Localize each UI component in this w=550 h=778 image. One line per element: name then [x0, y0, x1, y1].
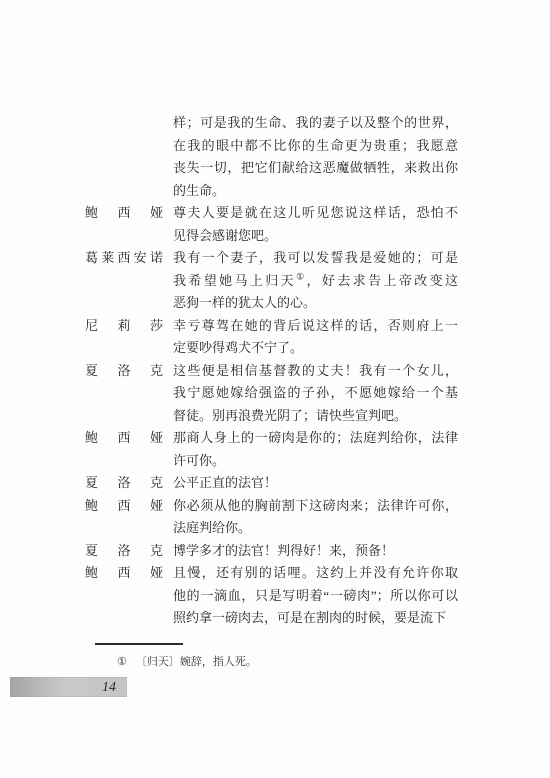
- speech-line: 的生命。: [173, 180, 458, 203]
- speaker-name: 夏洛克: [85, 360, 163, 383]
- speech-row: 鲍西娅尊夫人要是就在这儿听见您说这样话，恐怕不见得会感谢您吧。: [85, 202, 460, 247]
- speech-line: 这些便是相信基督教的丈夫！我有一个女儿，: [173, 360, 458, 383]
- speech-row: 鲍西娅那商人身上的一磅肉是你的；法庭判给你，法律许可你。: [85, 427, 460, 472]
- page-number: 14: [102, 680, 127, 695]
- speech-line: 法庭判给你。: [173, 517, 458, 540]
- speech-row: 葛莱西安诺我有一个妻子，我可以发誓我是爱她的；可是我希望她马上归天①，好去求告上…: [85, 247, 460, 315]
- footnote-text: 〔归天〕婉辞，指人死。: [136, 656, 257, 668]
- speech-lines: 那商人身上的一磅肉是你的；法庭判给你，法律许可你。: [173, 427, 458, 472]
- speech-lines: 且慢，还有别的话哩。这约上并没有允许你取他的一滴血，只是写明着“一磅肉”；所以你…: [173, 562, 458, 630]
- speech-row: 鲍西娅你必须从他的胸前割下这磅肉来；法律许可你，法庭判给你。: [85, 495, 460, 540]
- speech-lines: 样；可是我的生命、我的妻子以及整个的世界，在我的眼中都不比你的生命更为贵重；我愿…: [173, 112, 458, 202]
- speech-line: 尊夫人要是就在这儿听见您说这样话，恐怕不: [173, 202, 458, 225]
- speaker-name: 鲍西娅: [85, 495, 163, 518]
- speech-line: 在我的眼中都不比你的生命更为贵重；我愿意: [173, 135, 458, 158]
- speaker-name: 夏洛克: [85, 472, 163, 495]
- speech-line: 样；可是我的生命、我的妻子以及整个的世界，: [173, 112, 458, 135]
- footnote-marker: ①: [117, 656, 127, 668]
- speech-line: 那商人身上的一磅肉是你的；法庭判给你，法律: [173, 427, 458, 450]
- speech-line: 督徒。别再浪费光阴了；请快些宣判吧。: [173, 405, 458, 428]
- speaker-name: 夏洛克: [85, 540, 163, 563]
- speech-line: 照约拿一磅肉去，可是在割肉的时候，要是流下: [173, 607, 458, 630]
- speech-lines: 这些便是相信基督教的丈夫！我有一个女儿，我宁愿她嫁给强盗的子孙，不愿她嫁给一个基…: [173, 360, 458, 428]
- speech-row: 夏洛克公平正直的法官！: [85, 472, 460, 495]
- footnote: ①〔归天〕婉辞，指人死。: [117, 654, 257, 670]
- speech-line: 定要吵得鸡犬不宁了。: [173, 337, 458, 360]
- speaker-name: 鲍西娅: [85, 562, 163, 585]
- speech-lines: 尊夫人要是就在这儿听见您说这样话，恐怕不见得会感谢您吧。: [173, 202, 458, 247]
- speech-lines: 公平正直的法官！: [173, 472, 458, 495]
- page-number-bar: 14: [10, 677, 127, 697]
- speech-row: 尼莉莎幸亏尊驾在她的背后说这样的话，否则府上一定要吵得鸡犬不宁了。: [85, 315, 460, 360]
- dialogue-list: 样；可是我的生命、我的妻子以及整个的世界，在我的眼中都不比你的生命更为贵重；我愿…: [85, 112, 460, 630]
- speech-line: 公平正直的法官！: [173, 472, 458, 495]
- speech-line: 且慢，还有别的话哩。这约上并没有允许你取: [173, 562, 458, 585]
- speaker-name: 尼莉莎: [85, 315, 163, 338]
- speech-line: 见得会感谢您吧。: [173, 225, 458, 248]
- speech-line: 我希望她马上归天①，好去求告上帝改变这: [173, 270, 458, 293]
- speech-row: 鲍西娅且慢，还有别的话哩。这约上并没有允许你取他的一滴血，只是写明着“一磅肉”；…: [85, 562, 460, 630]
- speech-lines: 我有一个妻子，我可以发誓我是爱她的；可是我希望她马上归天①，好去求告上帝改变这恶…: [173, 247, 458, 315]
- speech-line: 恶狗一样的犹太人的心。: [173, 292, 458, 315]
- speech-line: 我宁愿她嫁给强盗的子孙，不愿她嫁给一个基: [173, 382, 458, 405]
- speech-line: 我有一个妻子，我可以发誓我是爱她的；可是: [173, 247, 458, 270]
- speech-line: 你必须从他的胸前割下这磅肉来；法律许可你，: [173, 495, 458, 518]
- speaker-name: 鲍西娅: [85, 202, 163, 225]
- speech-row: 夏洛克这些便是相信基督教的丈夫！我有一个女儿，我宁愿她嫁给强盗的子孙，不愿她嫁给…: [85, 360, 460, 428]
- speaker-name: 鲍西娅: [85, 427, 163, 450]
- speech-line: 许可你。: [173, 450, 458, 473]
- speaker-name: 葛莱西安诺: [85, 247, 163, 270]
- footnote-ref: ①: [296, 271, 306, 281]
- speech-lines: 幸亏尊驾在她的背后说这样的话，否则府上一定要吵得鸡犬不宁了。: [173, 315, 458, 360]
- speech-line: 幸亏尊驾在她的背后说这样的话，否则府上一: [173, 315, 458, 338]
- footnote-divider: [95, 643, 183, 645]
- speech-row: 样；可是我的生命、我的妻子以及整个的世界，在我的眼中都不比你的生命更为贵重；我愿…: [85, 112, 460, 202]
- speech-line: 博学多才的法官！判得好！来，预备！: [173, 540, 458, 563]
- speech-row: 夏洛克博学多才的法官！判得好！来，预备！: [85, 540, 460, 563]
- speech-lines: 博学多才的法官！判得好！来，预备！: [173, 540, 458, 563]
- book-page: 样；可是我的生命、我的妻子以及整个的世界，在我的眼中都不比你的生命更为贵重；我愿…: [0, 0, 550, 778]
- speech-line: 他的一滴血，只是写明着“一磅肉”；所以你可以: [173, 585, 458, 608]
- speech-lines: 你必须从他的胸前割下这磅肉来；法律许可你，法庭判给你。: [173, 495, 458, 540]
- speech-line: 丧失一切，把它们献给这恶魔做牺牲，来救出你: [173, 157, 458, 180]
